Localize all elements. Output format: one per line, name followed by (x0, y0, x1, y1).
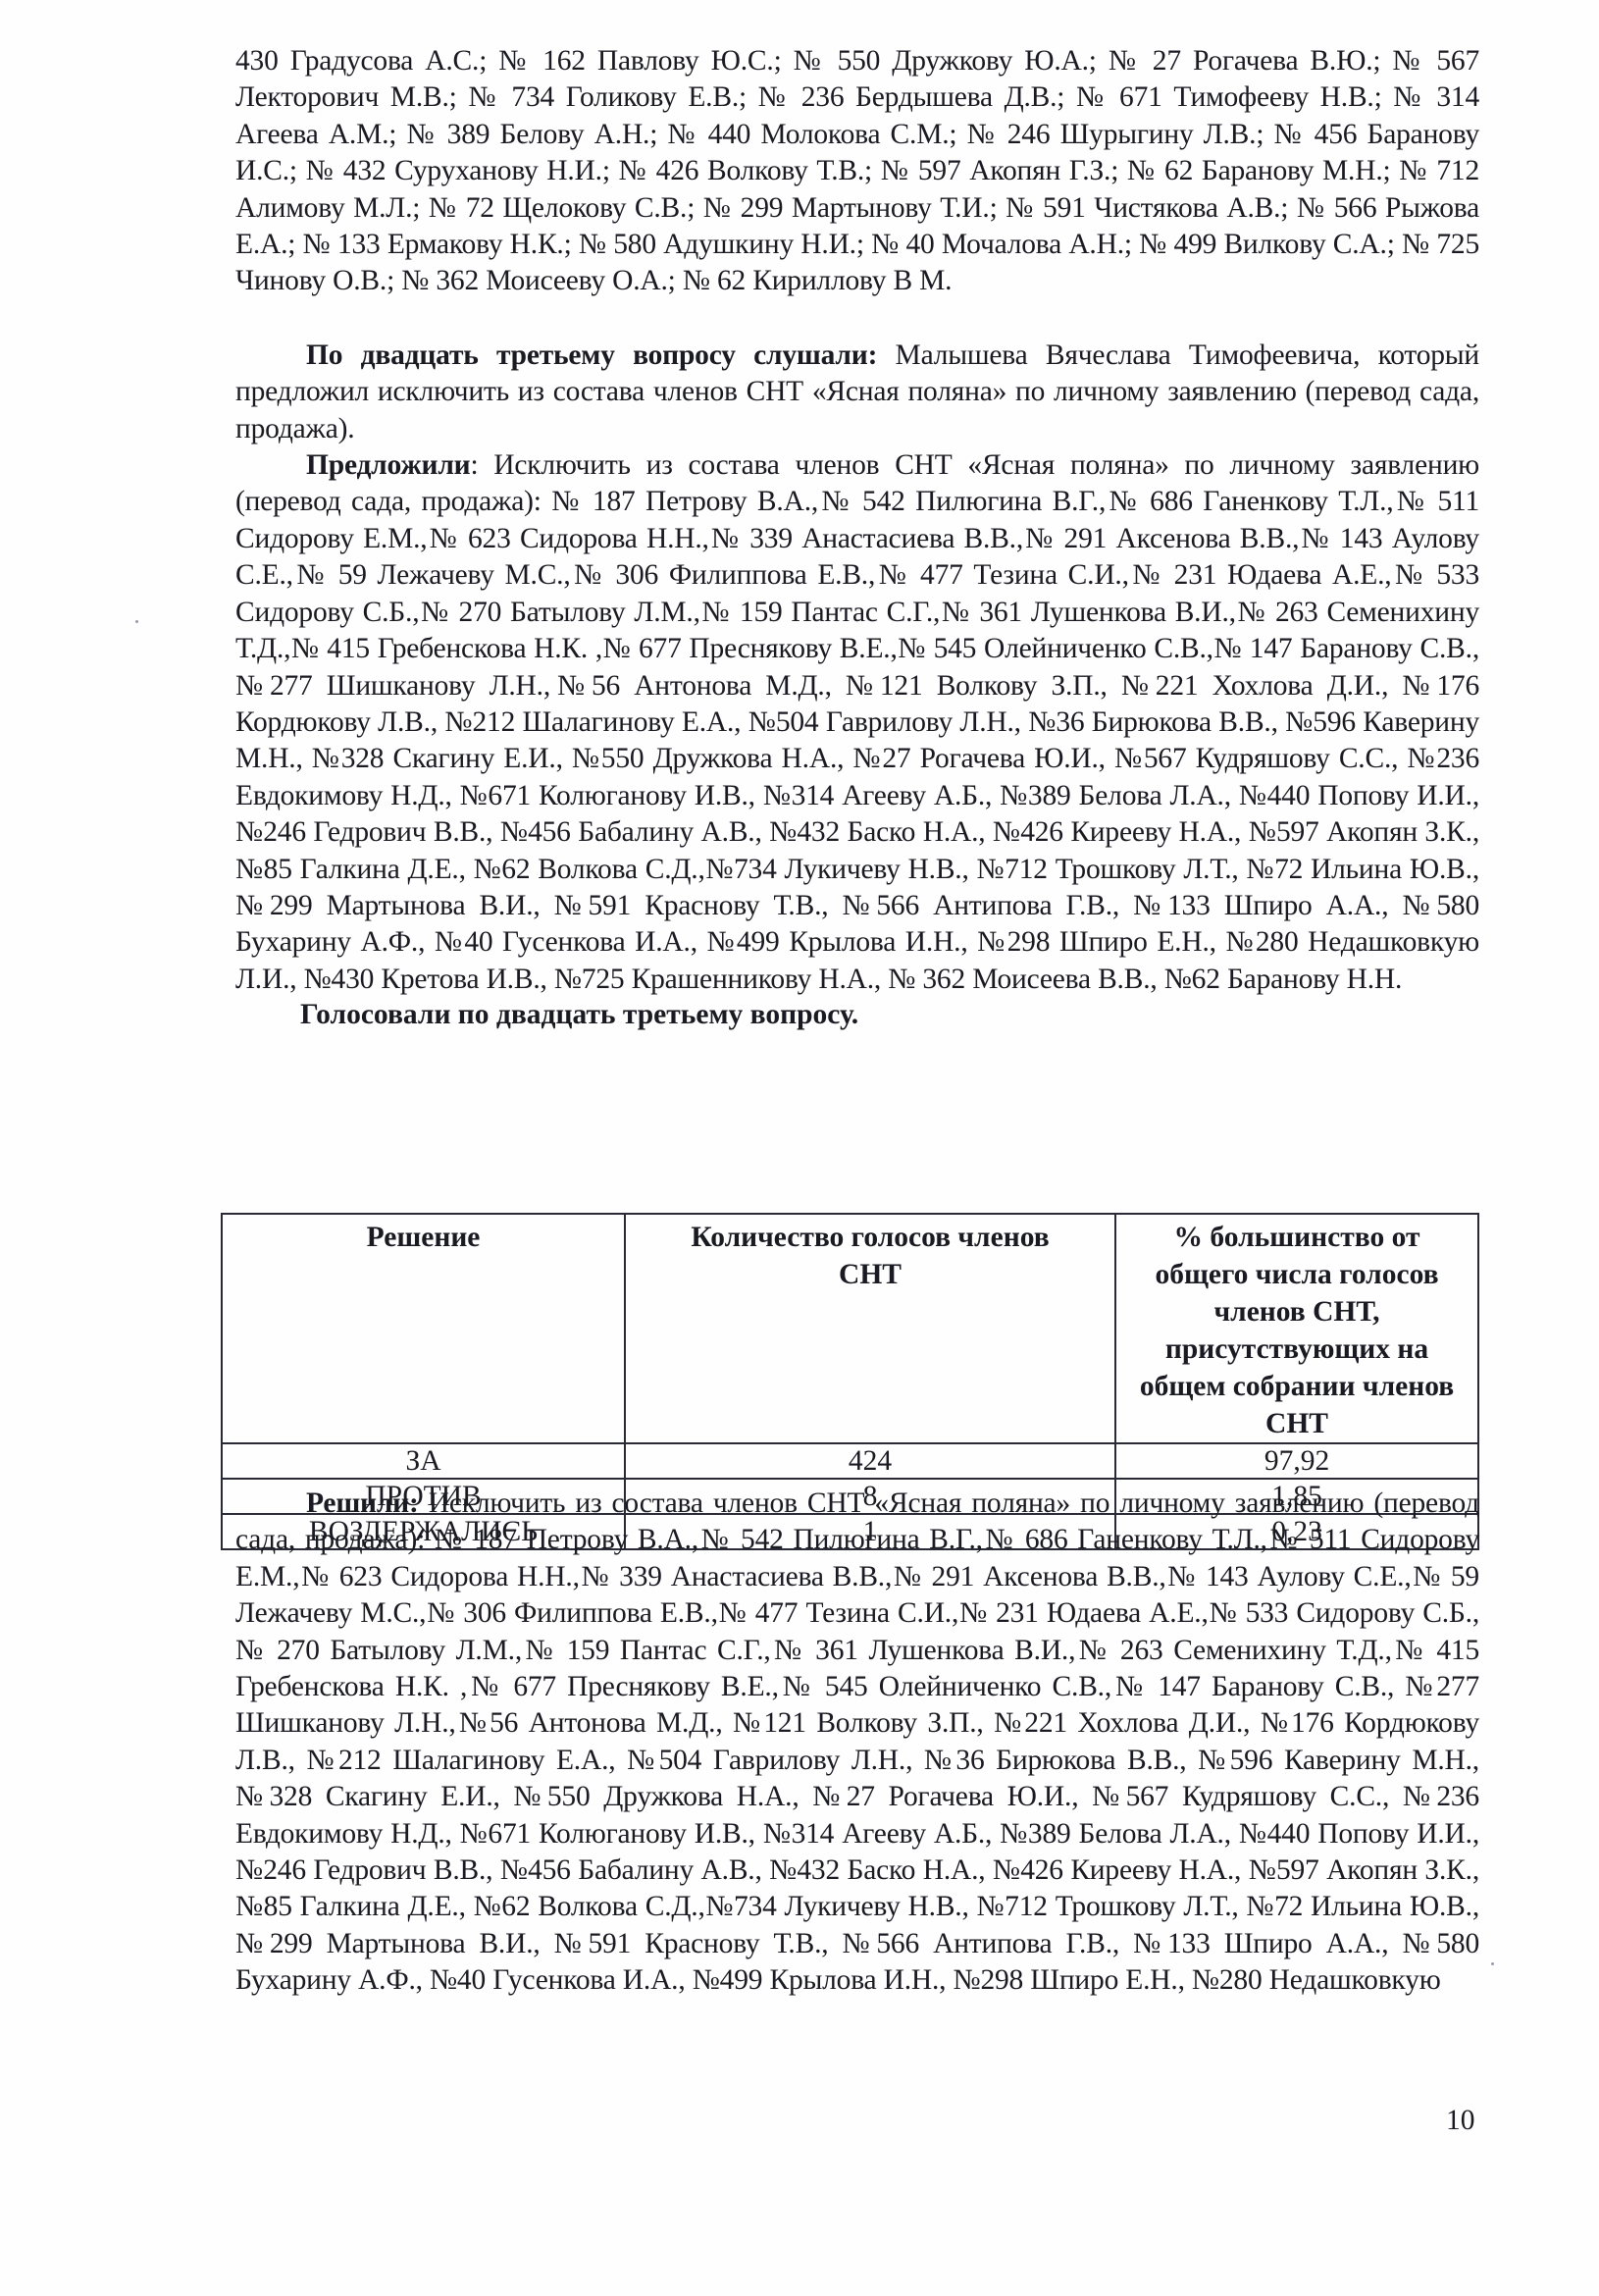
resolved-text: Исключить из состава членов СНТ «Ясная п… (235, 1487, 1479, 1996)
table-header-row: Решение Количество голосов членов СНТ % … (222, 1214, 1478, 1443)
votes-cell: 424 (625, 1443, 1115, 1479)
proposed-paragraph: Предложили: Исключить из состава членов … (235, 447, 1479, 998)
document-page-lower: Решили: Исключить из состава членов СНТ … (235, 1486, 1479, 2000)
header-decision: Решение (222, 1214, 625, 1443)
proposed-text: : Исключить из состава членов СНТ «Ясная… (235, 449, 1479, 995)
header-percent: % большинство от общего числа голосов чл… (1115, 1214, 1478, 1443)
resolved-label: Решили: (306, 1487, 419, 1519)
scan-speck (1491, 1962, 1494, 1965)
member-list-continuation: 430 Градусова А.С.; № 162 Павлову Ю.С.; … (235, 43, 1479, 300)
heard-paragraph: По двадцать третьему вопросу слушали: Ма… (235, 338, 1479, 447)
vote-title: Голосовали по двадцать третьему вопросу. (300, 998, 1479, 1031)
table-row: ЗА 424 97,92 (222, 1443, 1478, 1479)
decision-cell: ЗА (222, 1443, 625, 1479)
percent-cell: 97,92 (1115, 1443, 1478, 1479)
paragraph-gap (235, 300, 1479, 338)
page-number: 10 (1446, 2105, 1475, 2137)
heard-label: По двадцать третьему вопросу слушали: (306, 339, 877, 371)
document-page: 430 Градусова А.С.; № 162 Павлову Ю.С.; … (235, 43, 1479, 1031)
header-votes: Количество голосов членов СНТ (625, 1214, 1115, 1443)
resolved-paragraph: Решили: Исключить из состава членов СНТ … (235, 1486, 1479, 2000)
scan-speck (135, 620, 138, 623)
proposed-label: Предложили (306, 449, 470, 481)
